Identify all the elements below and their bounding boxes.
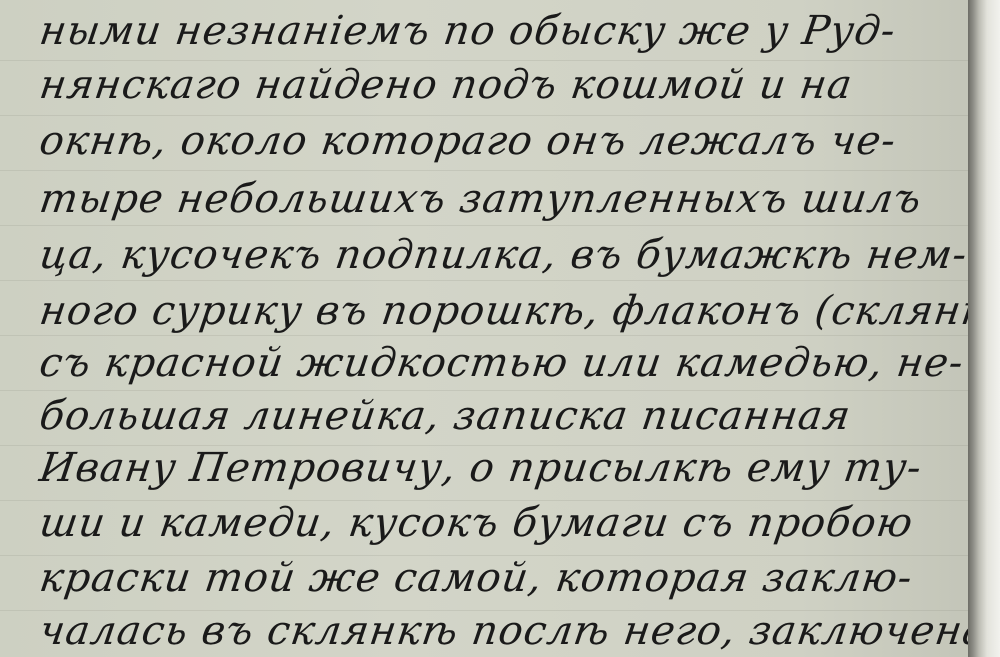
manuscript-line-10: ши и камеди, кусокъ бумаги съ пробою bbox=[37, 500, 917, 546]
page-edge-shadow bbox=[968, 0, 1000, 657]
ruled-line bbox=[0, 115, 968, 116]
ruled-line bbox=[0, 170, 968, 171]
manuscript-line-1: ными незнаніемъ по обыску же у Руд- bbox=[37, 8, 899, 54]
manuscript-line-11: краски той же самой, которая заклю- bbox=[37, 555, 916, 601]
manuscript-line-12: чалась въ склянкѣ послѣ него, заключена bbox=[37, 608, 991, 654]
ruled-line bbox=[0, 225, 968, 226]
manuscript-line-9: Ивану Петровичу, о присылкѣ ему ту- bbox=[37, 445, 925, 491]
manuscript-line-3: окнѣ, около котораго онъ лежалъ че- bbox=[37, 118, 899, 164]
ruled-line bbox=[0, 335, 968, 336]
manuscript-line-5: ца, кусочекъ подпилка, въ бумажкѣ нем- bbox=[37, 232, 971, 278]
ruled-line bbox=[0, 280, 968, 281]
manuscript-line-4: тыре небольшихъ затупленныхъ шилъ bbox=[37, 176, 925, 222]
ruled-line bbox=[0, 390, 968, 391]
manuscript-line-7: съ красной жидкостью или камедью, не- bbox=[37, 340, 967, 386]
ruled-line bbox=[0, 60, 968, 61]
manuscript-page: ными незнаніемъ по обыску же у Руд- нянс… bbox=[0, 0, 1000, 657]
manuscript-line-2: нянскаго найдено подъ кошмой и на bbox=[37, 62, 856, 108]
manuscript-line-6: ного сурику въ порошкѣ, флаконъ (склянка… bbox=[37, 288, 1000, 334]
manuscript-line-8: большая линейка, записка писанная bbox=[37, 393, 854, 439]
